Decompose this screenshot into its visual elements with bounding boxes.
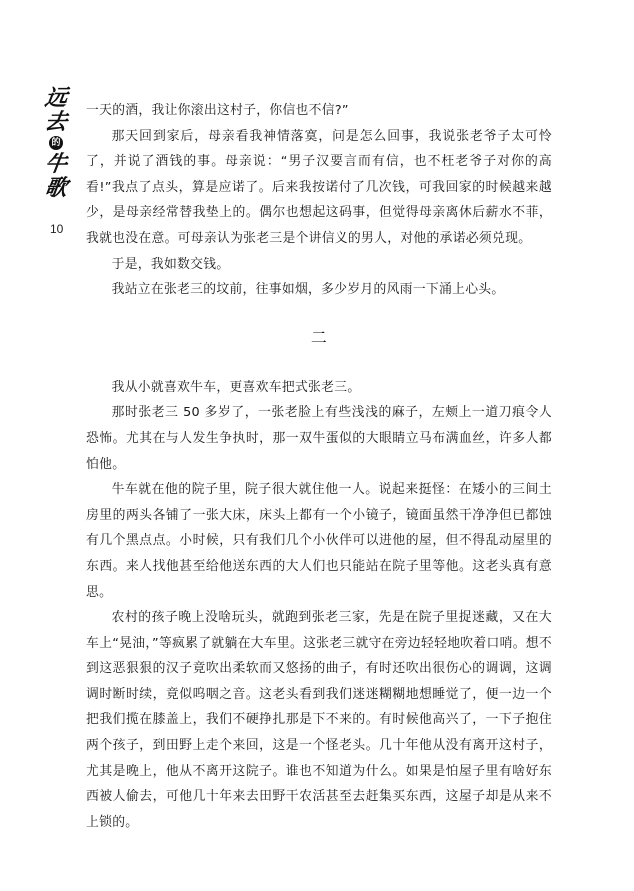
page-number: 10	[50, 222, 63, 236]
paragraph: 我从小就喜欢牛车，更喜欢车把式张老三。	[86, 375, 552, 401]
running-title-char: 歌	[43, 176, 68, 200]
running-title-char: 远	[43, 86, 68, 110]
running-title-char: 去	[43, 110, 68, 134]
book-page: 远 去 的 牛 歌 10 一天的酒，我让你滚出这村子，你信也不信?” 那天回到家…	[0, 0, 634, 891]
paragraph: 于是，我如数交钱。	[86, 252, 552, 278]
section-heading: 二	[86, 325, 552, 351]
body-text: 一天的酒，我让你滚出这村子，你信也不信?” 那天回到家后，母亲看我神情落寞，问是…	[86, 98, 552, 835]
paragraph: 那时张老三 50 多岁了，一张老脸上有些浅浅的麻子，左颊上一道刀痕令人恐怖。尤其…	[86, 400, 552, 477]
paragraph: 那天回到家后，母亲看我神情落寞，问是怎么回事，我说张老爷子太可怜了，并说了酒钱的…	[86, 124, 552, 252]
running-title-char: 的	[49, 136, 63, 150]
running-title-calligraphy: 远 去 的 牛 歌	[32, 86, 80, 200]
paragraph: 我站立在张老三的坟前，往事如烟，多少岁月的风雨一下涌上心头。	[86, 277, 552, 303]
paragraph: 一天的酒，我让你滚出这村子，你信也不信?”	[86, 98, 552, 124]
running-title-char: 牛	[43, 152, 68, 176]
paragraph: 牛车就在他的院子里，院子很大就住他一人。说起来挺怪：在矮小的三间土房里的两头各铺…	[86, 477, 552, 605]
paragraph: 农村的孩子晚上没啥玩头，就跑到张老三家，先是在院子里捉迷藏，又在大车上“晃油，”…	[86, 605, 552, 835]
